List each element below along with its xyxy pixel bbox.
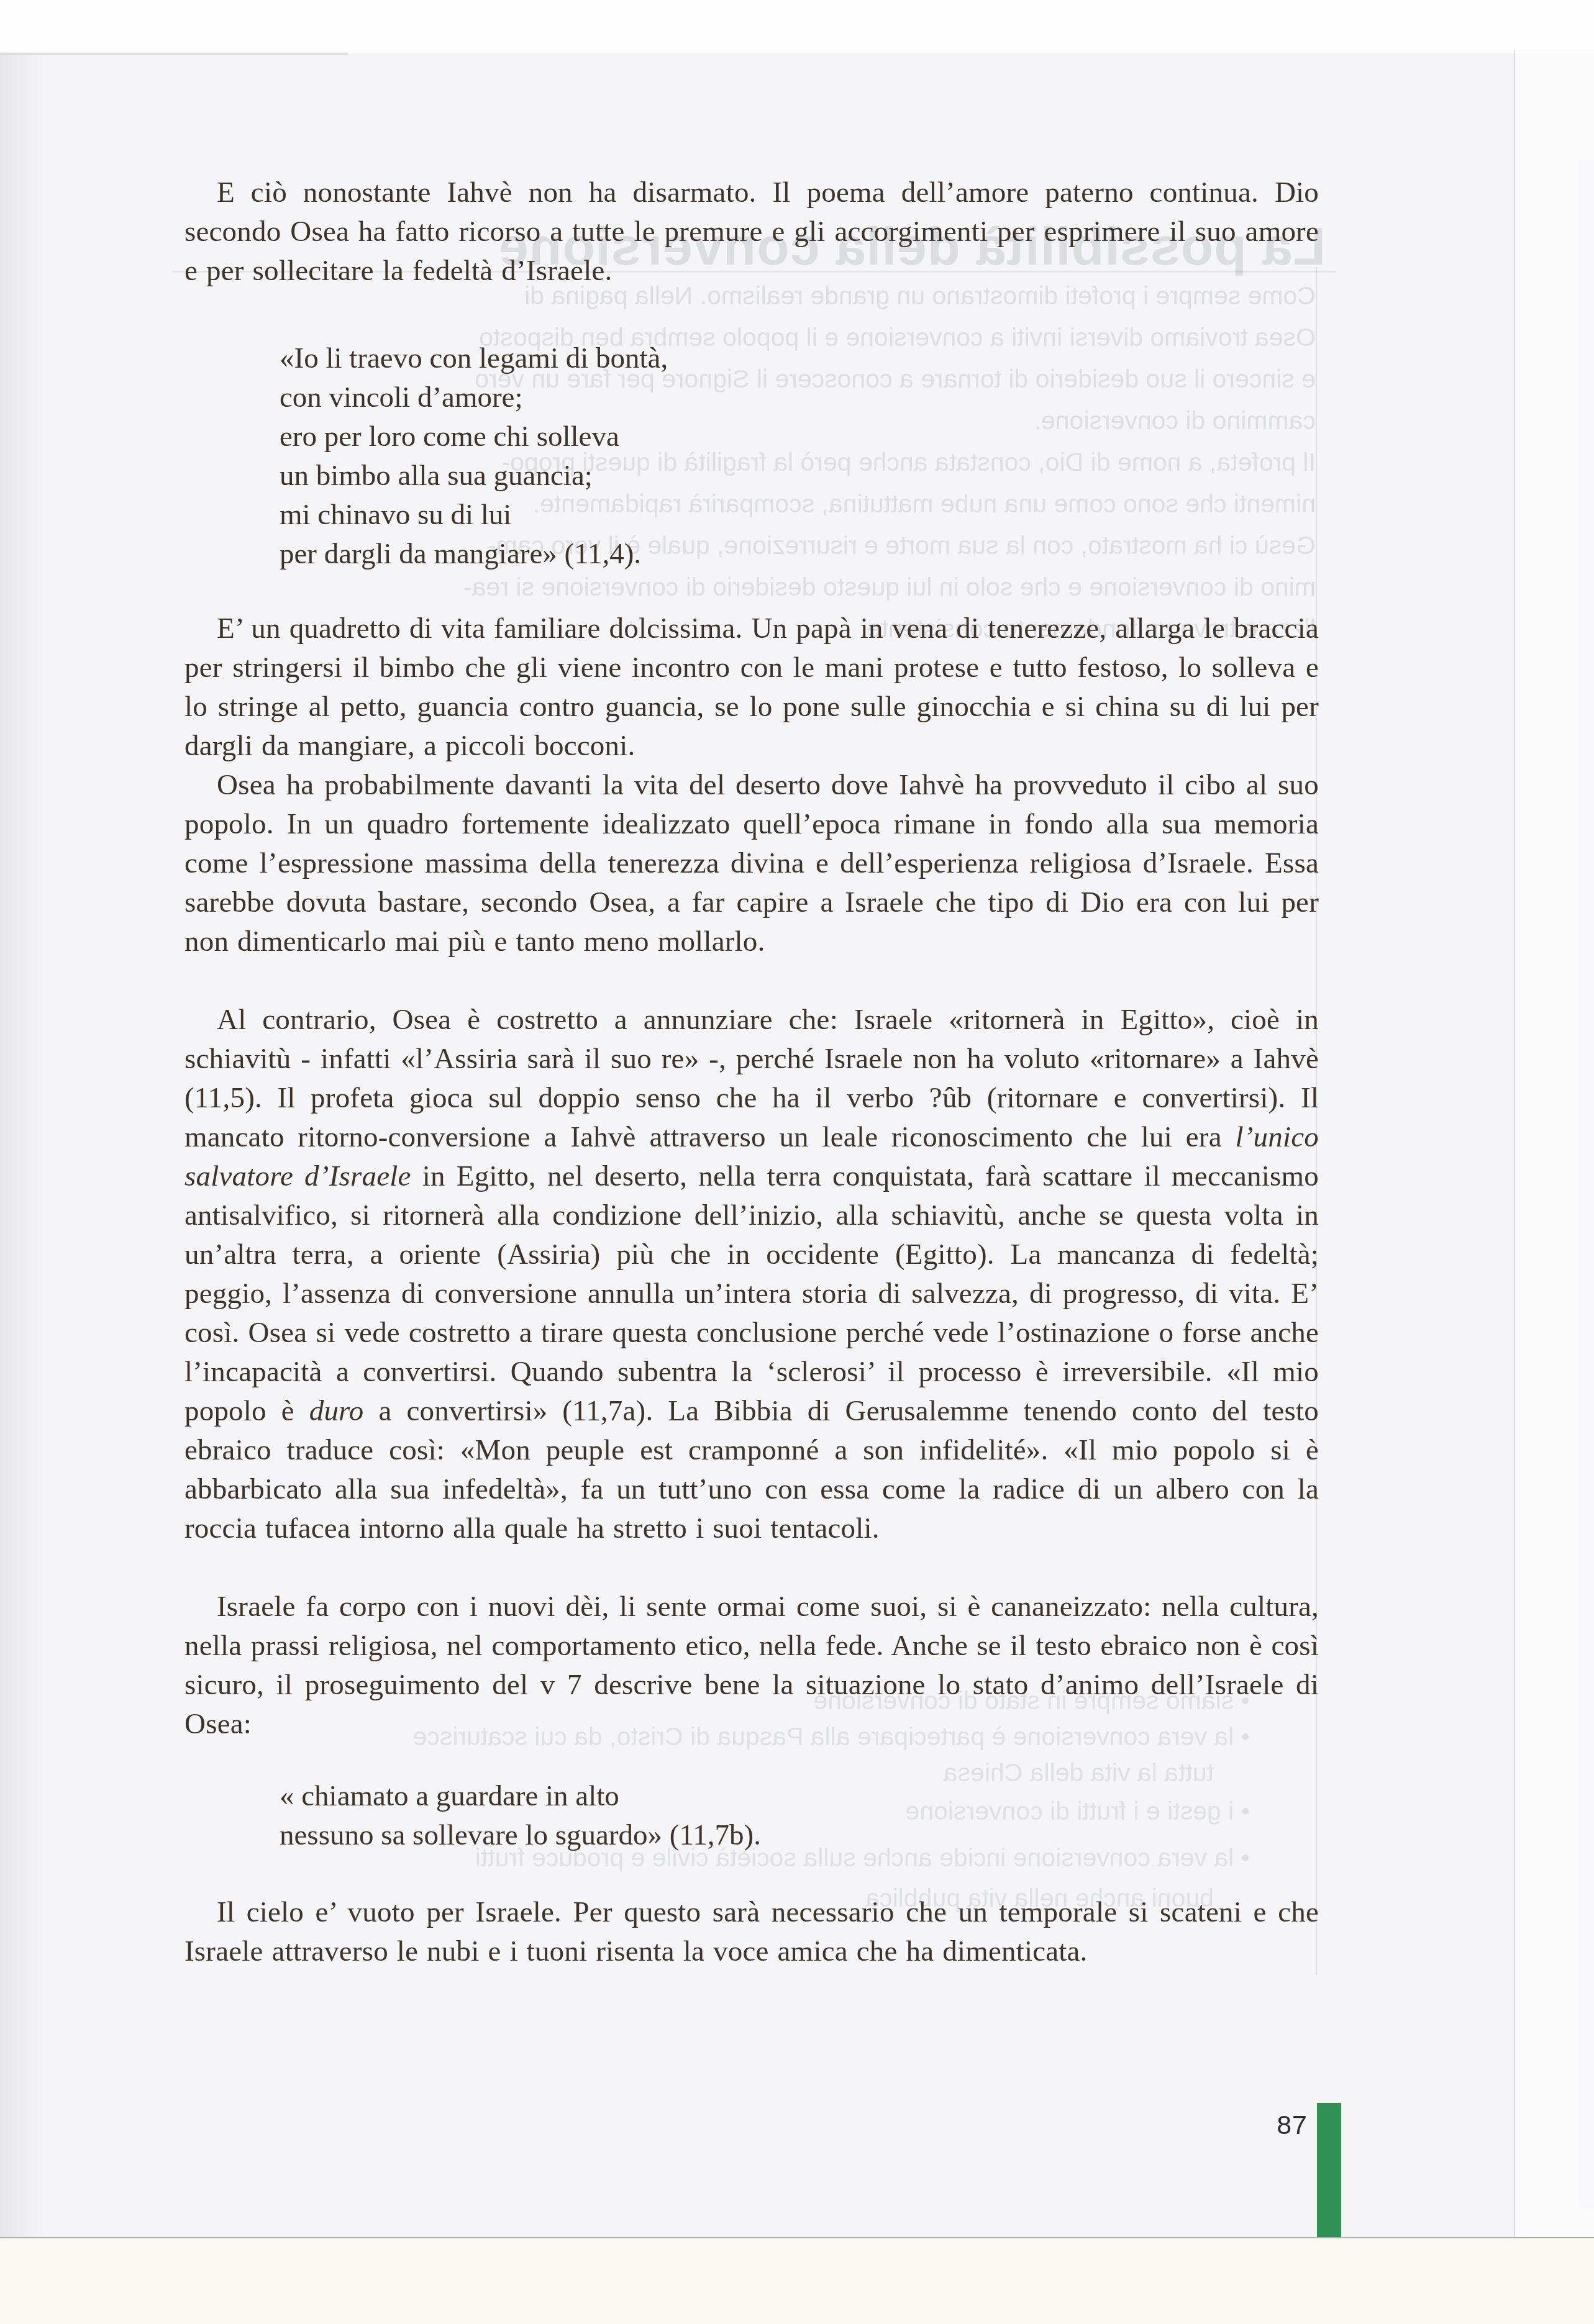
- paragraph-intro: E ciò nonostante Iahvè non ha disarmato.…: [184, 173, 1319, 291]
- page-number: 87: [1246, 2110, 1308, 2141]
- page-right-margin-area: [1515, 50, 1594, 2238]
- bleedthrough-line: mino di conversione e che solo in lui qu…: [186, 571, 1316, 603]
- italic-word: duro: [309, 1395, 364, 1427]
- page-left-edge-shadow: [0, 53, 45, 2238]
- quote-line: nessuno sa sollevare lo sguardo» (11,7b)…: [280, 1816, 761, 1855]
- paragraph-text: Al contrario, Osea è costretto a annunzi…: [184, 1004, 1319, 1153]
- paragraph-israele-fa-corpo: Israele fa corpo con i nuovi dèi, li sen…: [184, 1587, 1319, 1744]
- scanner-background-top: [0, 0, 1594, 53]
- bible-quote-hosea-11-7b: « chiamato a guardare in alto nessuno sa…: [280, 1777, 761, 1855]
- scanner-background-bottom: [0, 2238, 1594, 2324]
- quote-line: « chiamato a guardare in alto: [280, 1777, 761, 1816]
- quote-line: un bimbo alla sua guancia;: [280, 456, 668, 496]
- quote-line: ero per loro come chi solleva: [280, 417, 668, 456]
- paragraph-text: in Egitto, nel deserto, nella terra conq…: [184, 1160, 1319, 1427]
- quote-line: mi chinavo su di lui: [280, 496, 668, 535]
- page-top-edge: [0, 53, 348, 55]
- green-page-marker-bar: [1317, 2103, 1341, 2238]
- paragraph-cielo-vuoto: Il cielo e’ vuoto per Israele. Per quest…: [184, 1893, 1319, 1971]
- page-right-edge-line: [1514, 50, 1515, 2238]
- quote-line: «Io li traevo con legami di bontà,: [280, 339, 668, 378]
- paragraph-quadretto: E’ un quadretto di vita familiare dolcis…: [184, 609, 1319, 766]
- quote-line: con vincoli d’amore;: [280, 378, 668, 417]
- quote-line: per dargli da mangiare» (11,4).: [280, 535, 668, 574]
- paragraph-deserto: Osea ha probabilmente davanti la vita de…: [184, 766, 1319, 961]
- paragraph-al-contrario: Al contrario, Osea è costretto a annunzi…: [184, 1001, 1319, 1548]
- scanned-book-page: La possibilità della conversione Come se…: [0, 0, 1594, 2324]
- bible-quote-hosea-11-4: «Io li traevo con legami di bontà, con v…: [280, 339, 668, 574]
